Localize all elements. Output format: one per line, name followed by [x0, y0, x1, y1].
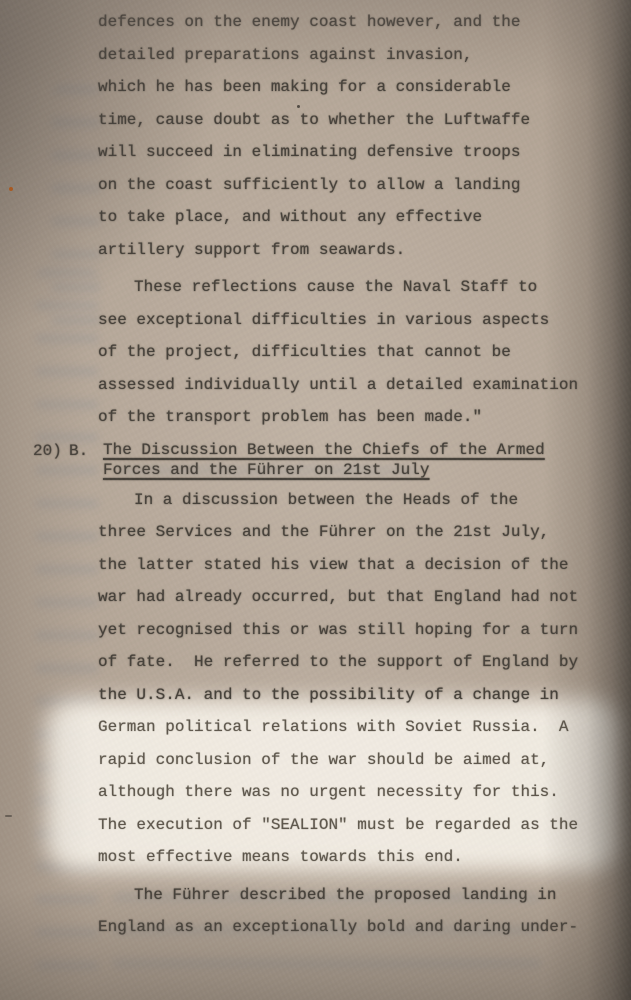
text-line: defences on the enemy coast however, and… — [98, 6, 613, 39]
text-line: the U.S.A. and to the possibility of a c… — [98, 679, 613, 712]
text-line: detailed preparations against invasion, — [98, 39, 613, 72]
rust-speck — [9, 187, 13, 191]
ink-speck — [297, 105, 300, 108]
text-line: see exceptional difficulties in various … — [98, 304, 613, 337]
text-line: three Services and the Führer on the 21s… — [98, 516, 613, 549]
text-line: of the transport problem has been made." — [98, 401, 613, 434]
text-line: assessed individually until a detailed e… — [98, 369, 613, 402]
paragraph-naval-staff-reflections: These reflections cause the Naval Staff … — [98, 271, 613, 434]
ink-speck — [5, 815, 12, 817]
section-heading-row: 20) B. The Discussion Between the Chiefs… — [98, 440, 613, 480]
typewritten-text: defences on the enemy coast however, and… — [98, 6, 613, 944]
heading-line: The Discussion Between the Chiefs of the… — [103, 440, 613, 460]
text-line: yet recognised this or was still hoping … — [98, 614, 613, 647]
text-line: The Führer described the proposed landin… — [98, 879, 613, 912]
text-line: England as an exceptionally bold and dar… — [98, 911, 613, 944]
scanned-document-page: defences on the enemy coast however, and… — [0, 0, 631, 1000]
bleed-through-text — [36, 268, 98, 988]
text-line: most effective means towards this end. — [98, 841, 613, 874]
text-line: to take place, and without any effective — [98, 201, 613, 234]
text-line: will succeed in eliminating defensive tr… — [98, 136, 613, 169]
heading-line: Forces and the Führer on 21st July — [103, 460, 613, 480]
text-line: time, cause doubt as to whether the Luft… — [98, 104, 613, 137]
text-line: war had already occurred, but that Engla… — [98, 581, 613, 614]
text-line: The execution of "SEALION" must be regar… — [98, 809, 613, 842]
text-line: These reflections cause the Naval Staff … — [98, 271, 613, 304]
text-line: of fate. He referred to the support of E… — [98, 646, 613, 679]
text-line: which he has been making for a considera… — [98, 71, 613, 104]
text-line: In a discussion between the Heads of the — [98, 484, 613, 517]
text-line: of the project, difficulties that cannot… — [98, 336, 613, 369]
section-number: 20) — [33, 441, 62, 461]
text-line: German political relations with Soviet R… — [98, 711, 613, 744]
text-line: although there was no urgent necessity f… — [98, 776, 613, 809]
text-line: rapid conclusion of the war should be ai… — [98, 744, 613, 777]
paragraph-proposed-landing: The Führer described the proposed landin… — [98, 879, 613, 944]
section-heading: The Discussion Between the Chiefs of the… — [103, 440, 613, 480]
text-line: the latter stated his view that a decisi… — [98, 549, 613, 582]
section-letter: B. — [69, 441, 88, 461]
text-line: on the coast sufficiently to allow a lan… — [98, 169, 613, 202]
paragraph-fuehrer-discussion: In a discussion between the Heads of the… — [98, 484, 613, 874]
paragraph-quote-continuation: defences on the enemy coast however, and… — [98, 6, 613, 266]
text-line: artillery support from seawards. — [98, 234, 613, 267]
